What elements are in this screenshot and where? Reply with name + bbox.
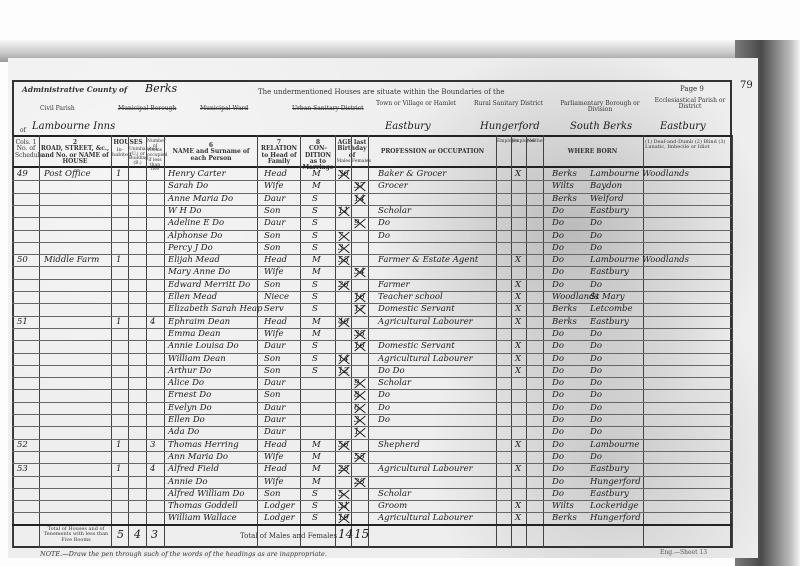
occupation: Agricultural Labourer [378, 464, 473, 474]
col-uninhabited-header: Uninhabited (U.) or Building (B.) [129, 148, 146, 167]
birth-county: Do [552, 427, 564, 437]
row-rule [12, 242, 732, 243]
birth-county: Do [552, 378, 564, 388]
schedule-number: 52 [17, 440, 28, 450]
person-name: Adeline E Do [168, 218, 224, 228]
age-tally-mark [353, 180, 367, 192]
birth-county: Do [552, 366, 564, 376]
row-rule [12, 377, 732, 378]
birth-place: Eastbury [590, 464, 629, 474]
heading-divider [12, 166, 732, 168]
birth-county: Do [552, 390, 564, 400]
employment-mark: X [515, 366, 521, 376]
person-name: Henry Carter [168, 169, 226, 179]
inhabited: 1 [116, 255, 121, 265]
relation: Wife [264, 452, 283, 462]
birth-county: Do [552, 231, 564, 241]
relation: Son [264, 354, 280, 364]
condition: M [312, 440, 321, 450]
age-tally-mark [353, 377, 367, 389]
birth-county: Do [552, 464, 564, 474]
column-rule [368, 135, 369, 548]
relation: Son [264, 489, 280, 499]
occupation: Do [378, 403, 390, 413]
person-name: Annie Louisa Do [168, 341, 239, 351]
employment-mark: X [515, 440, 521, 450]
inhabited: 1 [116, 440, 121, 450]
birth-place: Eastbury [590, 489, 629, 499]
age-tally-mark [353, 217, 367, 229]
relation: Lodger [264, 513, 295, 523]
condition: S [312, 304, 318, 314]
condition: S [312, 366, 318, 376]
occupation: Scholar [378, 489, 411, 499]
relation: Wife [264, 329, 283, 339]
birth-county: Do [552, 280, 564, 290]
occupation: Scholar [378, 206, 411, 216]
person-name: William Dean [168, 354, 226, 364]
inhabited: 1 [116, 169, 121, 179]
birth-county: Do [552, 329, 564, 339]
age-tally-mark [353, 402, 367, 414]
age-tally-mark [337, 512, 351, 524]
col-employer-header: Employer [497, 140, 511, 145]
person-name: Thomas Herring [168, 440, 239, 450]
header-divider [12, 135, 732, 137]
birth-county: Berks [552, 317, 577, 327]
column-rule [146, 135, 147, 548]
relation: Wife [264, 477, 283, 487]
age-tally-mark [353, 303, 367, 315]
row-rule [12, 414, 732, 415]
employment-mark: X [515, 292, 521, 302]
col-rooms-header: Number of rooms occupied if less than fi… [147, 140, 163, 173]
schedule-number: 53 [17, 464, 28, 474]
age-tally-mark [337, 353, 351, 365]
birth-place: Do [590, 390, 602, 400]
birth-county: Wilts [552, 501, 574, 511]
condition: M [312, 267, 321, 277]
row-rule [12, 279, 732, 280]
age-tally-mark [337, 365, 351, 377]
column-rule [300, 135, 301, 548]
birth-county: Do [552, 415, 564, 425]
birth-place: Do [590, 243, 602, 253]
age-tally-mark [353, 451, 367, 463]
totals-divider [12, 524, 732, 526]
person-name: Percy J Do [168, 243, 213, 253]
condition: S [312, 218, 318, 228]
relation: Head [264, 255, 287, 265]
col-inhabited-header: In-habited [112, 148, 128, 159]
total-inhabited: 5 [117, 528, 124, 541]
col-neither-header: Neither [527, 140, 541, 145]
relation: Wife [264, 181, 283, 191]
relation: Serv [264, 304, 284, 314]
person-name: Alfred William Do [168, 489, 244, 499]
person-name: Ellen Do [168, 415, 205, 425]
person-name: William Wallace [168, 513, 237, 523]
col-name-header: 6NAME and Surname of each Person [165, 143, 257, 162]
employment-mark: X [515, 354, 521, 364]
birth-county: Berks [552, 194, 577, 204]
birth-place: Do [590, 341, 602, 351]
occupation: Do Do [378, 366, 405, 376]
person-name: Elijah Mead [168, 255, 220, 265]
person-name: Annie Do [168, 477, 207, 487]
age-tally-mark [353, 328, 367, 340]
row-rule [12, 389, 732, 390]
age-tally-mark [337, 439, 351, 451]
person-name: Evelyn Do [168, 403, 212, 413]
row-rule [12, 353, 732, 354]
person-name: Anne Maria Do [168, 194, 233, 204]
row-rule [12, 180, 732, 181]
occupation: Do [378, 231, 390, 241]
condition: S [312, 354, 318, 364]
birth-county: Do [552, 341, 564, 351]
col-title: NAME and Surname of each Person [173, 148, 250, 161]
column-rule [543, 135, 544, 548]
column-rule [12, 135, 13, 548]
condition: S [312, 243, 318, 253]
totals-persons-label: Total of Males and Females [240, 533, 337, 540]
relation: Daur [264, 341, 285, 351]
age-tally-mark [337, 205, 351, 217]
condition: M [312, 464, 321, 474]
age-tally-mark [337, 254, 351, 266]
employment-mark: X [515, 464, 521, 474]
address: Post Office [44, 169, 90, 179]
birth-county: Wilts [552, 181, 574, 191]
relation: Niece [264, 292, 289, 302]
birth-place: Eastbury [590, 206, 629, 216]
birth-place: Do [590, 366, 602, 376]
relation: Son [264, 243, 280, 253]
folio-number: 79 [740, 80, 753, 91]
rooms: 4 [150, 464, 155, 474]
occupation: Domestic Servant [378, 341, 455, 351]
row-rule [12, 365, 732, 366]
row-rule [12, 328, 732, 329]
col-occupation-header: PROFESSION or OCCUPATION [370, 149, 495, 155]
birth-county: Do [552, 206, 564, 216]
birth-place: Do [590, 354, 602, 364]
col-title: ROAD, STREET, &c., and No. or NAME of HO… [41, 145, 109, 165]
person-name: Ellen Mead [168, 292, 217, 302]
employment-mark: X [515, 513, 521, 523]
birth-place: Baydon [590, 181, 622, 191]
column-rule [257, 135, 258, 548]
relation: Son [264, 280, 280, 290]
column-rule [496, 135, 497, 548]
birth-place: Hungerford [590, 477, 641, 487]
occupation: Farmer [378, 280, 410, 290]
birth-county: Berks [552, 513, 577, 523]
birth-place: Hungerford [590, 513, 641, 523]
age-tally-mark [353, 414, 367, 426]
person-name: Ernest Do [168, 390, 211, 400]
birth-county: Do [552, 218, 564, 228]
column-rule [526, 135, 527, 548]
birth-county: Berks [552, 169, 577, 179]
birth-county: Do [552, 267, 564, 277]
row-rule [12, 340, 732, 341]
age-tally-mark [337, 500, 351, 512]
occupation: Baker & Grocer [378, 169, 446, 179]
relation: Daur [264, 218, 285, 228]
inhabited: 1 [116, 317, 121, 327]
person-name: Ada Do [168, 427, 199, 437]
birth-place: Lambourne Woodlands [590, 169, 689, 179]
row-rule [12, 402, 732, 403]
person-name: W H Do [168, 206, 202, 216]
relation: Head [264, 464, 287, 474]
age-tally-mark [337, 279, 351, 291]
occupation: Agricultural Labourer [378, 317, 473, 327]
column-rule [732, 135, 733, 548]
relation: Son [264, 390, 280, 400]
condition: M [312, 255, 321, 265]
birth-place: Do [590, 218, 602, 228]
birth-county: Berks [552, 304, 577, 314]
age-tally-mark [337, 488, 351, 500]
column-rule [164, 135, 165, 548]
birth-place: Do [590, 415, 602, 425]
column-rule [511, 135, 512, 548]
birth-place: Do [590, 403, 602, 413]
col-employed-header: Employed [512, 140, 526, 145]
person-name: Emma Dean [168, 329, 220, 339]
occupation: Domestic Servant [378, 304, 455, 314]
relation: Daur [264, 194, 285, 204]
total-males: 14 [338, 527, 353, 541]
age-tally-mark [337, 463, 351, 475]
age-tally-mark [353, 193, 367, 205]
col-age-males: Males [336, 160, 351, 165]
birth-place: Do [590, 427, 602, 437]
col-schedule-header: Cols. 1No. of Schedule [15, 140, 37, 159]
col-relation-header: 7RELATION to Head of Family [258, 140, 300, 165]
total-uninhabited: 4 [134, 528, 141, 541]
age-tally-mark [337, 316, 351, 328]
condition: M [312, 452, 321, 462]
condition: S [312, 194, 318, 204]
relation: Head [264, 440, 287, 450]
relation: Son [264, 366, 280, 376]
birth-place: Welford [590, 194, 624, 204]
row-rule [12, 193, 732, 194]
relation: Wife [264, 267, 283, 277]
col-age-females: Females [352, 160, 367, 165]
column-rule [39, 135, 40, 548]
address: Middle Farm [44, 255, 99, 265]
condition: M [312, 329, 321, 339]
person-name: Ann Maria Do [168, 452, 228, 462]
condition: M [312, 169, 321, 179]
employment-mark: X [515, 280, 521, 290]
age-tally-mark [353, 266, 367, 278]
birth-place: Lambourne [590, 440, 639, 450]
birth-county: Do [552, 403, 564, 413]
person-name: Edward Merritt Do [168, 280, 250, 290]
relation: Daur [264, 415, 285, 425]
relation: Head [264, 317, 287, 327]
birth-place: Do [590, 231, 602, 241]
age-tally-mark [337, 230, 351, 242]
column-rule [335, 135, 336, 548]
col-age-header: AGE last Birthday of [336, 140, 368, 159]
age-tally-mark [337, 242, 351, 254]
occupation: Farmer & Estate Agent [378, 255, 478, 265]
birth-place: Do [590, 378, 602, 388]
condition: S [312, 489, 318, 499]
birth-place: Lockeridge [590, 501, 638, 511]
birth-county: Do [552, 354, 564, 364]
relation: Daur [264, 427, 285, 437]
condition: M [312, 181, 321, 191]
occupation: Agricultural Labourer [378, 513, 473, 523]
birth-place: Eastbury [590, 267, 629, 277]
row-rule [12, 230, 732, 231]
condition: S [312, 280, 318, 290]
age-tally-mark [353, 426, 367, 438]
occupation: Do [378, 218, 390, 228]
employment-mark: X [515, 169, 521, 179]
person-name: Ephraim Dean [168, 317, 230, 327]
relation: Daur [264, 378, 285, 388]
person-name: Sarah Do [168, 181, 208, 191]
birth-place: Letcombe [590, 304, 633, 314]
relation: Head [264, 169, 287, 179]
birth-county: Do [552, 440, 564, 450]
schedule-number: 49 [17, 169, 28, 179]
birth-place: Do [590, 452, 602, 462]
condition: S [312, 501, 318, 511]
occupation: Scholar [378, 378, 411, 388]
schedule-number: 50 [17, 255, 28, 265]
birth-place: St Mary [590, 292, 625, 302]
condition: M [312, 477, 321, 487]
person-name: Alphonse Do [168, 231, 222, 241]
condition: S [312, 341, 318, 351]
col-title: RELATION to Head of Family [261, 145, 297, 165]
sheet-stamp: Eng.—Sheet 13 [660, 550, 707, 556]
inhabited: 1 [116, 464, 121, 474]
rooms: 3 [150, 440, 155, 450]
occupation: Groom [378, 501, 407, 511]
birth-place: Lambourne Woodlands [590, 255, 689, 265]
condition: M [312, 317, 321, 327]
person-name: Alice Do [168, 378, 204, 388]
col-where-born-header: WHERE BORN [545, 149, 640, 155]
row-rule [12, 426, 732, 427]
total-rooms: 3 [151, 528, 158, 541]
column-rule [111, 135, 112, 548]
age-tally-mark [353, 291, 367, 303]
person-name: Thomas Goddell [168, 501, 238, 511]
occupation: Teacher school [378, 292, 443, 302]
age-tally-mark [353, 340, 367, 352]
schedule-number: 51 [17, 317, 28, 327]
occupation: Shepherd [378, 440, 420, 450]
relation: Son [264, 231, 280, 241]
birth-county: Do [552, 255, 564, 265]
row-rule [12, 217, 732, 218]
totals-houses-label: Total of Houses and of Tenements with le… [42, 527, 110, 543]
rooms: 4 [150, 317, 155, 327]
occupation: Do [378, 415, 390, 425]
column-rule [351, 135, 352, 548]
employment-mark: X [515, 501, 521, 511]
occupation: Agricultural Labourer [378, 354, 473, 364]
person-name: Arthur Do [168, 366, 211, 376]
condition: S [312, 231, 318, 241]
condition: S [312, 513, 318, 523]
employment-mark: X [515, 317, 521, 327]
occupation: Grocer [378, 181, 408, 191]
condition: S [312, 292, 318, 302]
birth-county: Do [552, 452, 564, 462]
person-name: Alfred Field [168, 464, 219, 474]
col-infirmity-header: (1) Deaf-and-Dumb (2) Blind (3) Lunatic,… [645, 140, 730, 151]
birth-place: Do [590, 280, 602, 290]
col-address-header: 2ROAD, STREET, &c., and No. or NAME of H… [40, 140, 110, 165]
relation: Lodger [264, 501, 295, 511]
employment-mark: X [515, 341, 521, 351]
birth-place: Eastbury [590, 317, 629, 327]
birth-county: Do [552, 489, 564, 499]
age-tally-mark [337, 168, 351, 180]
birth-county: Do [552, 243, 564, 253]
total-females: 15 [354, 527, 369, 541]
condition: S [312, 206, 318, 216]
employment-mark: X [515, 304, 521, 314]
age-tally-mark [353, 389, 367, 401]
footer-note: NOTE.—Draw the pen through such of the w… [40, 551, 327, 558]
birth-place: Do [590, 329, 602, 339]
row-rule [12, 451, 732, 452]
column-rule [643, 135, 644, 548]
relation: Daur [264, 403, 285, 413]
age-tally-mark [353, 476, 367, 488]
person-name: Mary Anne Do [168, 267, 230, 277]
occupation: Do [378, 390, 390, 400]
employment-mark: X [515, 255, 521, 265]
column-rule [128, 135, 129, 548]
person-name: Elizabeth Sarah Heap [168, 304, 262, 314]
relation: Son [264, 206, 280, 216]
birth-county: Do [552, 477, 564, 487]
